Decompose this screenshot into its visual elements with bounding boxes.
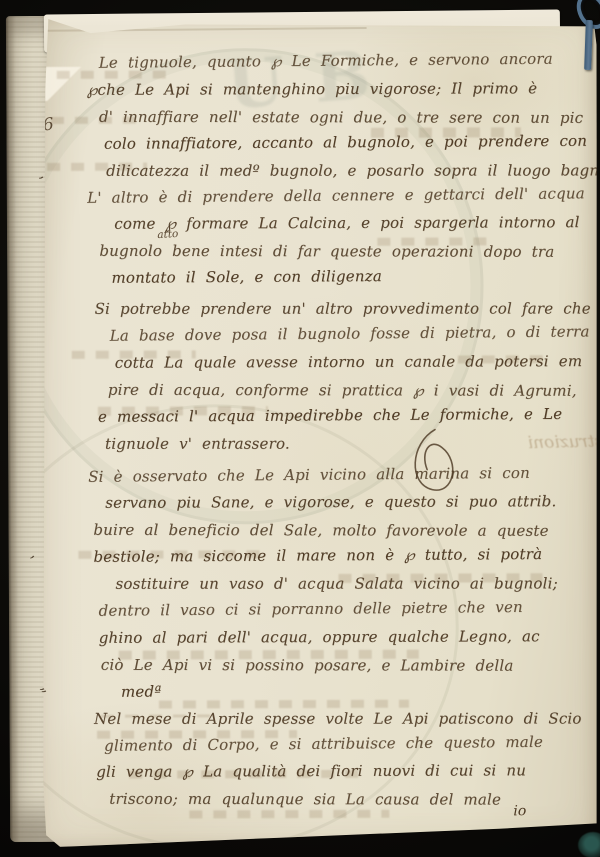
page-corner-fold (45, 67, 91, 101)
teal-seal-mark (578, 832, 600, 857)
manuscript-line: Si è osservato che Le Api vicino alla ma… (88, 462, 530, 486)
manuscript-line: glimento di Corpo, e si attribuisce che … (104, 731, 543, 755)
catchword: io (513, 803, 526, 819)
manuscript-line: servano piu Sane, e vigorose, e questo s… (105, 492, 556, 514)
manuscript-line: triscono; ma qualunque sia La causa del … (109, 789, 501, 810)
manuscript-line: buire al beneficio del Sale, molto favor… (93, 520, 548, 541)
manuscript-line: colo innaffiatore, accanto al bugnolo, e… (104, 130, 587, 153)
manuscript-line: pire di acqua, conforme si prattica ℘ i … (108, 380, 577, 401)
manuscript-line: ciò Le Api vi si possino posare, e Lambi… (101, 655, 514, 676)
manuscript-line: Nel mese di Aprile spesse volte Le Api p… (94, 708, 582, 728)
manuscript-line: montato il Sole, e con diligenza (111, 266, 382, 288)
manuscript-line: tignuole v' entrassero. (105, 433, 290, 453)
manuscript-line: d' innaffiare nell' estate ogni due, o t… (99, 107, 583, 128)
manuscript-line: come ℘ formare La Calcina, e poi sparger… (114, 212, 579, 234)
ribbon-strap (584, 20, 593, 70)
manuscript-page: UB Istruzioni 6 Le tignuole, quanto ℘ Le… (41, 13, 600, 847)
manuscript-line: dilicatezza il medº bugnolo, e posarlo s… (106, 160, 600, 180)
manuscript-line: Si potrebbe prendere un' altro provvedim… (95, 299, 591, 319)
manuscript-line: cotta La quale avesse intorno un canale … (115, 351, 583, 373)
manuscript-line: ℘che Le Api si mantenghino piu vigorose;… (87, 78, 538, 100)
manuscript-line: gli venga ℘ La qualità dei fiori nuovi d… (96, 761, 526, 783)
manuscript-text-block: Le tignuole, quanto ℘ Le Formiche, e ser… (91, 13, 599, 847)
manuscript-line: L' altro è di prendere della cennere e g… (87, 183, 585, 208)
manuscript-line: medª (121, 681, 162, 701)
manuscript-line: bugnolo bene intesi di far queste operaz… (99, 241, 554, 262)
manuscript-line: sostituire un vaso d' acqua Salata vicin… (116, 573, 558, 593)
manuscript-line: Le tignuole, quanto ℘ Le Formiche, e ser… (99, 49, 553, 73)
photographed-manuscript: UB Istruzioni 6 Le tignuole, quanto ℘ Le… (0, 0, 600, 857)
manuscript-line: ghino al pari dell' acqua, oppure qualch… (99, 626, 540, 648)
manuscript-line: bestiole; ma siccome il mare non è ℘ tut… (93, 544, 542, 567)
manuscript-line: La base dove posa il bugnolo fosse di pi… (110, 321, 590, 345)
interlinear-insertion: atto (157, 228, 179, 241)
manuscript-line: dentro il vaso ci si porranno delle piet… (99, 597, 523, 621)
manuscript-line: e messaci l' acqua impedirebbe che Le fo… (98, 404, 562, 427)
blue-ribbon-bookmark (576, 0, 600, 78)
